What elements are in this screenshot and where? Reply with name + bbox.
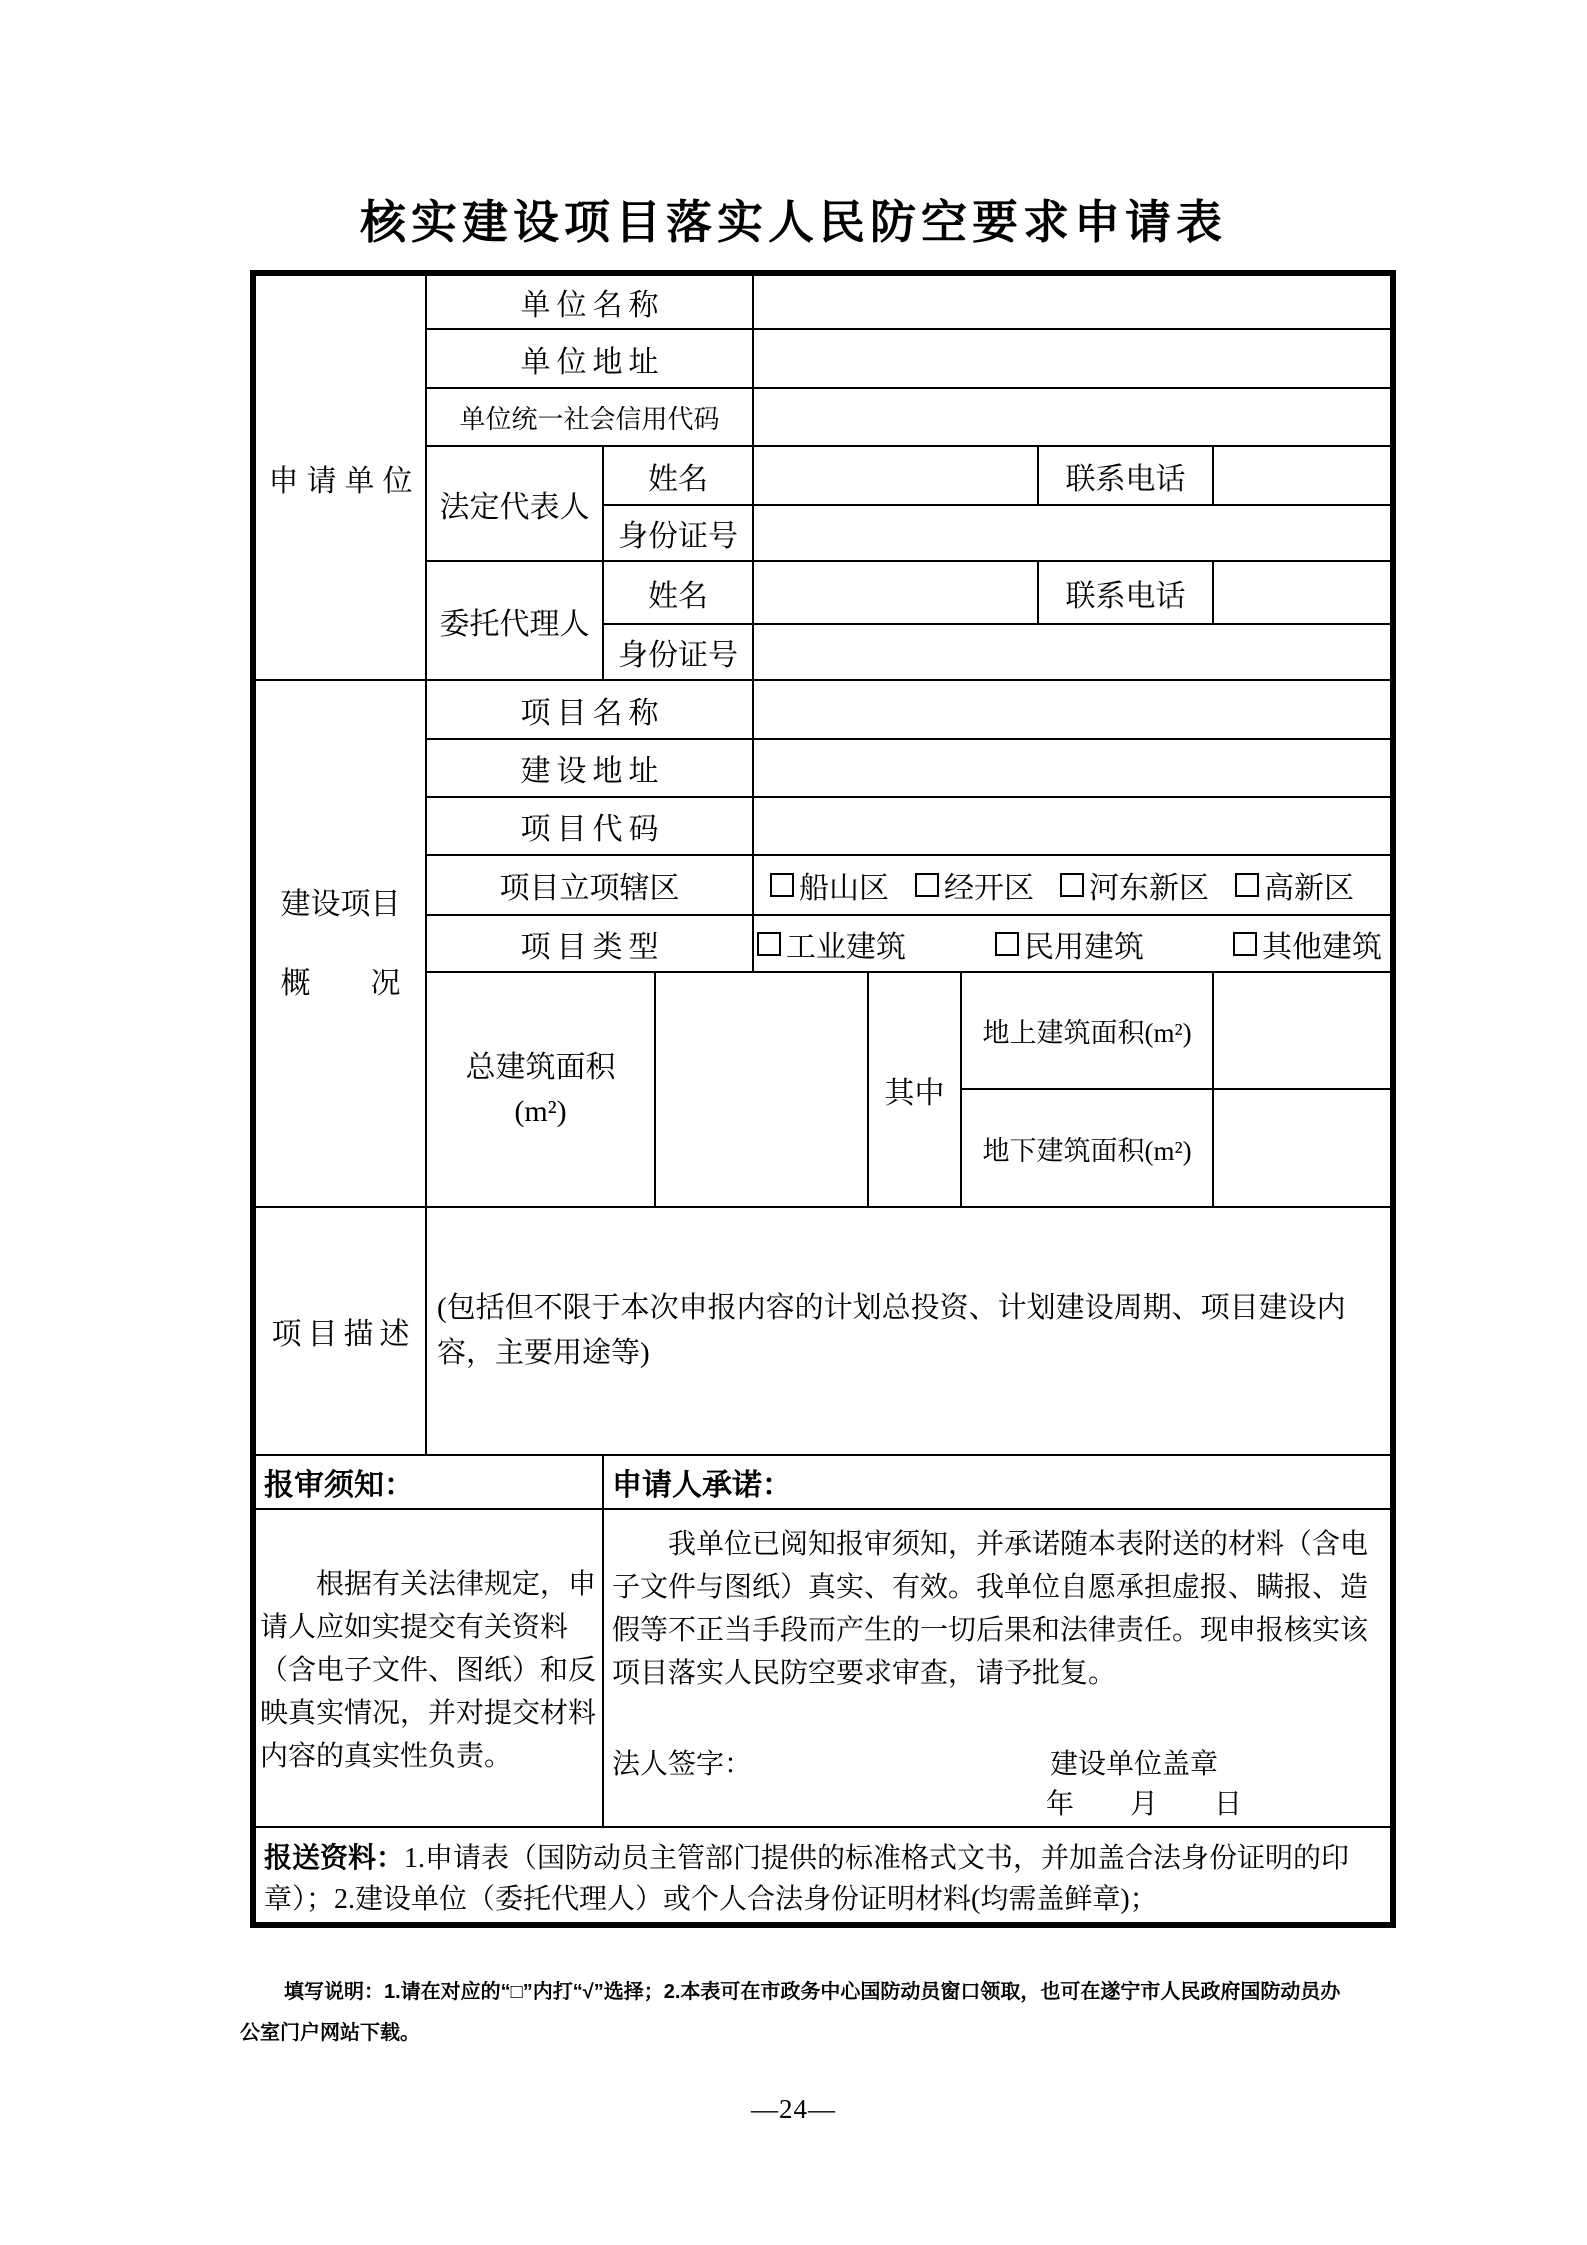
type-option-label: 民用建筑 [1024,922,1144,966]
notice-header: 报审须知： [253,1455,603,1509]
checkbox-icon[interactable] [1060,873,1084,897]
agent-phone-field[interactable] [1213,561,1393,624]
promise-header: 申请人承诺： [603,1455,1393,1509]
materials-body: 1.申请表（国防动员主管部门提供的标准格式文书，并加盖合法身份证明的印章）；2.… [264,1843,1349,1915]
section-label-applicant: 申请单位 [253,273,426,680]
among-label: 其中 [868,972,961,1207]
credit-code-label: 单位统一社会信用代码 [426,388,753,446]
legal-name-field[interactable] [753,446,1038,505]
page-title: 核实建设项目落实人民防空要求申请表 [0,186,1587,252]
agent-name-label: 姓名 [603,561,753,624]
type-option: 其他建筑 [1233,922,1382,966]
checkbox-icon[interactable] [915,873,939,897]
section-label-project: 建设项目 概 况 [253,680,426,1207]
district-option: 高新区 [1235,863,1354,907]
project-name-label: 项目名称 [426,680,753,739]
checkbox-icon[interactable] [770,873,794,897]
project-description-label: 项目描述 [253,1207,426,1455]
type-option-label: 其他建筑 [1262,922,1382,966]
project-type-label: 项目类型 [426,915,753,972]
agent-name-field[interactable] [753,561,1038,624]
project-district-label: 项目立项辖区 [426,855,753,915]
project-type-options: 工业建筑 民用建筑 其他建筑 [753,915,1393,972]
agent-id-field[interactable] [753,624,1393,680]
section-label-project-line2: 概 况 [256,944,425,1023]
district-option-label: 高新区 [1264,863,1354,907]
below-ground-area-field[interactable] [1213,1089,1393,1207]
project-code-field[interactable] [753,797,1393,855]
section-label-project-line1: 建设项目 [256,865,425,944]
above-ground-area-field[interactable] [1213,972,1393,1089]
checkbox-icon[interactable] [757,932,781,956]
legal-name-label: 姓名 [603,446,753,505]
project-code-label: 项目代码 [426,797,753,855]
project-address-label: 建设地址 [426,739,753,797]
total-area-field[interactable] [655,972,868,1207]
legal-id-label: 身份证号 [603,505,753,561]
unit-seal-label: 建设单位盖章 [1050,1742,1218,1782]
unit-name-label: 单位名称 [426,273,753,329]
agent-label: 委托代理人 [426,561,603,680]
legal-id-field[interactable] [753,505,1393,561]
unit-name-field[interactable] [753,273,1393,329]
district-option: 船山区 [770,863,889,907]
unit-address-label: 单位地址 [426,329,753,388]
promise-body-cell: 我单位已阅知报审须知，并承诺随本表附送的材料（含电子文件与图纸）真实、有效。我单… [603,1509,1393,1827]
type-option: 工业建筑 [757,922,906,966]
agent-phone-label: 联系电话 [1038,561,1213,624]
district-option: 河东新区 [1060,863,1209,907]
credit-code-field[interactable] [753,388,1393,446]
total-area-label: 总建筑面积 (m²) [426,972,655,1207]
document-page: 核实建设项目落实人民防空要求申请表 申请单位 单位名称 单位地址 单位统一社会信… [0,0,1587,2245]
date-label: 年 月 日 [1046,1782,1242,1822]
notice-body: 根据有关法律规定，申请人应如实提交有关资料（含电子文件、图纸）和反映真实情况，并… [256,1510,602,1778]
notice-body-cell: 根据有关法律规定，申请人应如实提交有关资料（含电子文件、图纸）和反映真实情况，并… [253,1509,603,1827]
type-option: 民用建筑 [995,922,1144,966]
application-form-table: 申请单位 单位名称 单位地址 单位统一社会信用代码 法定代表人 姓名 联系电话 … [250,270,1396,1928]
district-option-label: 河东新区 [1089,863,1209,907]
project-description-hint[interactable]: (包括但不限于本次申报内容的计划总投资、计划建设周期、项目建设内容，主要用途等) [426,1207,1393,1455]
unit-address-field[interactable] [753,329,1393,388]
legal-phone-label: 联系电话 [1038,446,1213,505]
district-option-label: 经开区 [944,863,1034,907]
materials-label: 报送资料： [264,1842,404,1873]
project-district-options: 船山区 经开区 河东新区 高新区 [753,855,1393,915]
project-name-field[interactable] [753,680,1393,739]
project-address-field[interactable] [753,739,1393,797]
promise-body: 我单位已阅知报审须知，并承诺随本表附送的材料（含电子文件与图纸）真实、有效。我单… [604,1510,1390,1695]
legal-phone-field[interactable] [1213,446,1393,505]
fill-in-instructions: 填写说明：1.请在对应的“□”内打“√”选择；2.本表可在市政务中心国防动员窗口… [240,1972,1346,2054]
above-ground-area-label: 地上建筑面积(m²) [961,972,1213,1089]
agent-id-label: 身份证号 [603,624,753,680]
type-option-label: 工业建筑 [786,922,906,966]
checkbox-icon[interactable] [1235,873,1259,897]
page-number: —24— [0,2094,1587,2125]
checkbox-icon[interactable] [995,932,1019,956]
checkbox-icon[interactable] [1233,932,1257,956]
legal-rep-label: 法定代表人 [426,446,603,561]
district-option: 经开区 [915,863,1034,907]
below-ground-area-label: 地下建筑面积(m²) [961,1089,1213,1207]
legal-signature-label: 法人签字： [612,1742,752,1782]
district-option-label: 船山区 [799,863,889,907]
materials-cell: 报送资料：1.申请表（国防动员主管部门提供的标准格式文书，并加盖合法身份证明的印… [253,1827,1393,1925]
